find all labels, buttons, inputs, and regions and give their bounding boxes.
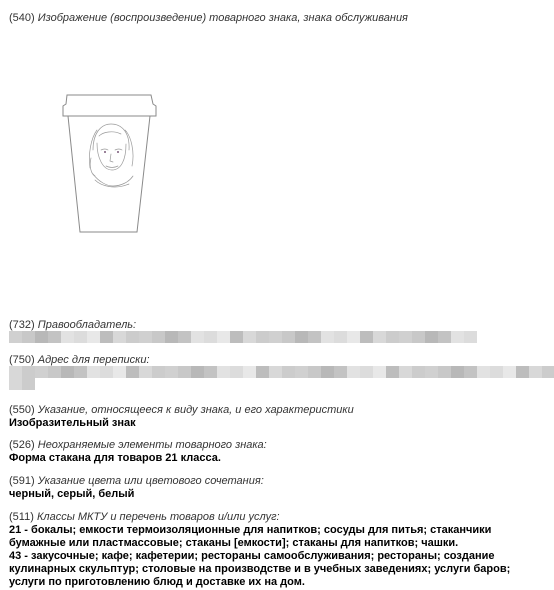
unprotected-elements-section: (526) Неохраняемые элементы товарного зн… (9, 439, 550, 465)
mark-type-value: Изобразительный знак (9, 417, 136, 429)
class-goods: - бокалы; емкости термоизоляционные для … (9, 524, 491, 549)
class-number: 21 (9, 524, 21, 536)
class-21-entry: 21 - бокалы; емкости термоизоляционные д… (9, 524, 544, 550)
field-label: Классы МКТУ и перечень товаров и/или усл… (37, 511, 280, 523)
address-redacted-value-line2 (9, 378, 35, 390)
address-redacted-value (9, 366, 554, 378)
field-code: (550) (9, 404, 35, 416)
color-section: (591) Указание цвета или цветового сочет… (9, 475, 550, 501)
image-section-heading: (540) Изображение (воспроизведение) това… (9, 12, 550, 25)
field-code: (750) (9, 354, 35, 366)
field-label: Правообладатель: (38, 319, 136, 331)
class-services: - закусочные; кафе; кафетерии; рестораны… (9, 550, 510, 588)
classes-section: (511) Классы МКТУ и перечень товаров и/и… (9, 511, 544, 589)
field-code: (526) (9, 439, 35, 451)
class-number: 43 (9, 550, 21, 562)
unprotected-elements-value: Форма стакана для товаров 21 класса. (9, 452, 221, 464)
field-label: Указание, относящееся к виду знака, и ег… (38, 404, 354, 416)
field-code: (540) (9, 12, 35, 24)
field-label: Неохраняемые элементы товарного знака: (38, 439, 267, 451)
field-code: (591) (9, 475, 35, 487)
field-label: Изображение (воспроизведение) товарного … (38, 12, 408, 24)
field-code: (732) (9, 319, 35, 331)
color-value: черный, серый, белый (9, 488, 134, 500)
holder-redacted-value (9, 331, 477, 343)
field-label: Адрес для переписки: (38, 354, 150, 366)
field-label: Указание цвета или цветового сочетания: (38, 475, 264, 487)
field-code: (511) (9, 511, 34, 523)
trademark-image (55, 88, 165, 248)
mark-type-section: (550) Указание, относящееся к виду знака… (9, 404, 550, 430)
class-43-entry: 43 - закусочные; кафе; кафетерии; рестор… (9, 550, 544, 589)
